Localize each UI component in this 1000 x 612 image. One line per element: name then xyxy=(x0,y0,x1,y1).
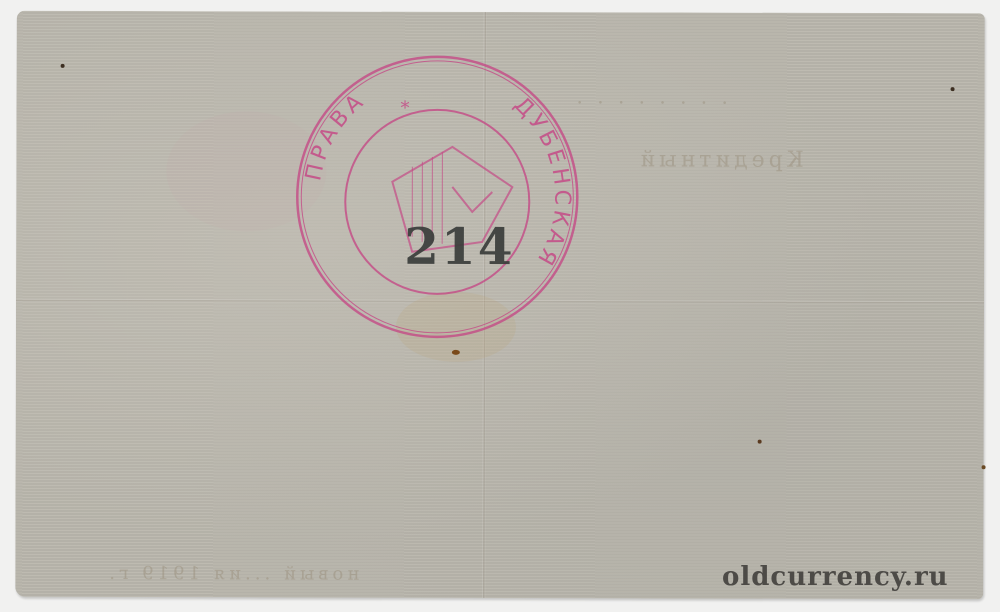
banknote: · · · · · · · · Кредитный новый ...ия 19… xyxy=(15,11,985,600)
watermark-text: oldcurrency.ru xyxy=(722,562,949,592)
bleed-through-text: Кредитный xyxy=(636,147,803,172)
ink-spot xyxy=(61,64,65,68)
ink-spot xyxy=(951,87,955,91)
ink-spot xyxy=(452,350,460,355)
bleed-through-text: · · · · · · · · xyxy=(576,90,731,114)
round-stamp: ПРАВА ДУБЕНСКАЯ * xyxy=(292,51,583,342)
ink-spot xyxy=(982,465,986,469)
ink-spot xyxy=(758,440,762,444)
bleed-through-text: новый ...ия 1919 г. xyxy=(105,563,359,585)
svg-text:*: * xyxy=(400,98,409,119)
serial-number: 214 xyxy=(404,217,515,276)
